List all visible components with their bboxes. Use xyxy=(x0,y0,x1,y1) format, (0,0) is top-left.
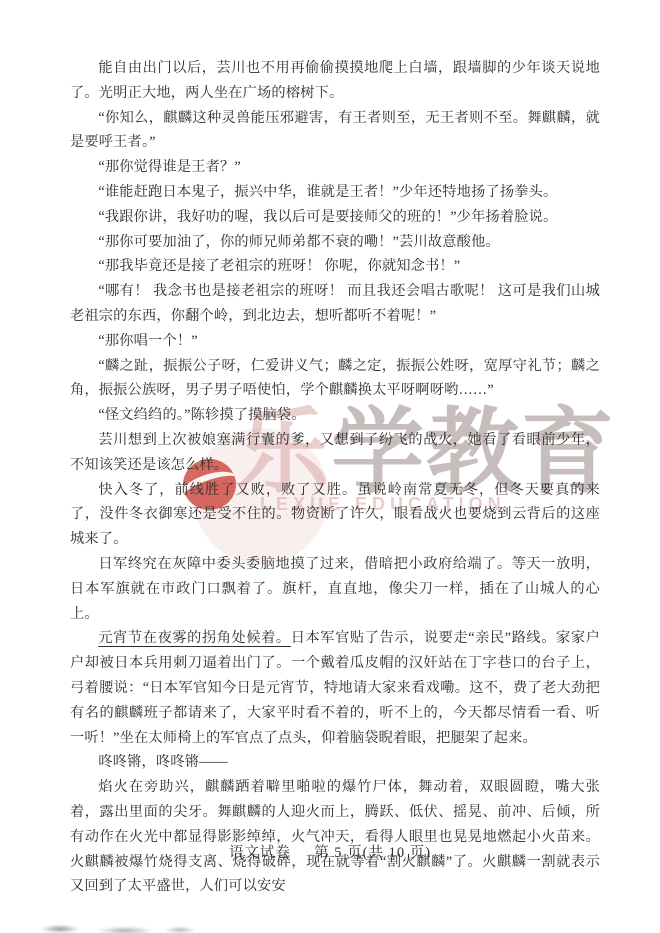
passage-paragraph: “哪有！ 我念书也是接老祖宗的班呀！ 而且我还会唱古歌呢！ 这可是我们山城老祖宗… xyxy=(70,279,600,329)
underlined-phrase: 元宵节在夜雾的拐角处候着。 xyxy=(98,630,290,646)
passage-paragraph: “怪文绉绉的。”陈轸摸了摸脑袋。 xyxy=(70,403,600,428)
passage-paragraph: “那你唱一个！” xyxy=(70,329,600,354)
passage-paragraph: “那我毕竟还是接了老祖宗的班呀！ 你呢，你就知念书！” xyxy=(70,254,600,279)
passage-paragraph: “谁能赶跑日本鬼子，振兴中华，谁就是王者！”少年还特地扬了扬拳头。 xyxy=(70,180,600,205)
paragraph-continuation: 日本军官贴了告示，说要走“亲民”路线。家家户户却被日本兵用刺刀逼着出门了。一个戴… xyxy=(70,630,600,745)
exam-paper-page: 乐学教育 LEXUE EDUCATION 能自由出门以后，芸川也不用再偷偷摸摸地… xyxy=(0,0,660,933)
footer-subject-label: 语文试卷 xyxy=(229,845,291,861)
passage-paragraph: “那你可要加油了，你的师兄师弟都不衰的嘞！”芸川故意酸他。 xyxy=(70,230,600,255)
passage-paragraph: 元宵节在夜雾的拐角处候着。日本军官贴了告示，说要走“亲民”路线。家家户户却被日本… xyxy=(70,626,600,750)
page-footer: 语文试卷第 5 页(共 10 页) xyxy=(0,841,660,862)
passage-paragraph: 咚咚锵，咚咚锵—— xyxy=(70,750,600,775)
footer-page-number: 第 5 页(共 10 页) xyxy=(314,845,431,861)
passage-paragraph: “你知么，麒麟这种灵兽能压邪避害，有王者则至，无王者则不至。舞麒麟，就是要呼王者… xyxy=(70,106,600,156)
passage-paragraph: 焰火在旁助兴，麒麟跴着噼里啪啦的爆竹尸体，舞动着，双眼圆瞪，嘴大张着，露出里面的… xyxy=(70,775,600,899)
passage-paragraph: 日军终究在灰障中委头委脑地摸了过来，借暗把小政府给端了。等天一放明，日本军旗就在… xyxy=(70,552,600,626)
passage-paragraph: “麟之趾，振振公子呀，仁爱讲义气；麟之定，振振公姓呀，宽厚守礼节；麟之角，振振公… xyxy=(70,354,600,404)
reading-passage: 能自由出门以后，芸川也不用再偷偷摸摸地爬上白墙，跟墙脚的少年谈天说地了。光明正大… xyxy=(70,56,600,899)
passage-paragraph: 快入冬了，前线胜了又败，败了又胜。虽说岭南常夏无冬，但冬天要真的来了，没件冬衣御… xyxy=(70,478,600,552)
passage-paragraph: 能自由出门以后，芸川也不用再偷偷摸摸地爬上白墙，跟墙脚的少年谈天说地了。光明正大… xyxy=(70,56,600,106)
passage-paragraph: “那你觉得谁是王者？” xyxy=(70,155,600,180)
passage-paragraph: 芸川想到上次被娘塞满行囊的爹，又想到了纷飞的战火，她看了看眼前少年，不知该笑还是… xyxy=(70,428,600,478)
passage-paragraph: “我跟你讲，我好叻的喔，我以后可是要接师父的班的！”少年扬着脸说。 xyxy=(70,205,600,230)
scan-smudge xyxy=(30,919,210,933)
